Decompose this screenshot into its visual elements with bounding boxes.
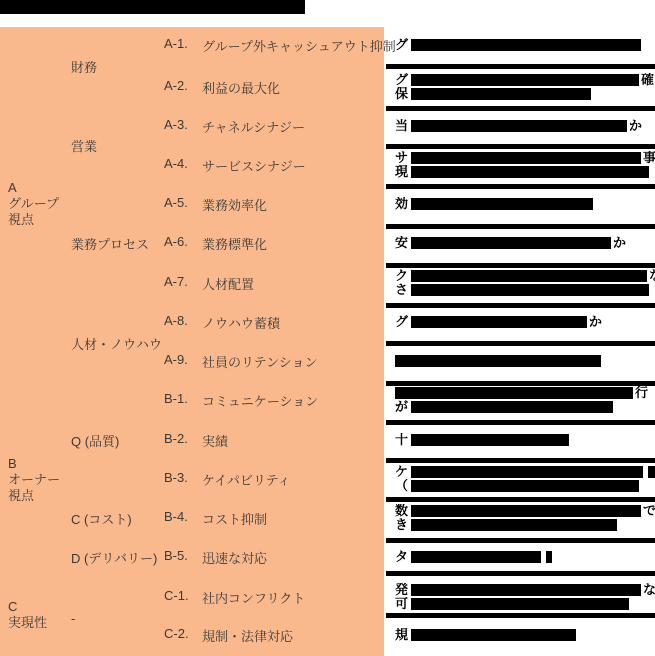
redaction-bar bbox=[411, 270, 647, 282]
description-line: 可 bbox=[395, 597, 655, 611]
group-label-line: オーナー bbox=[8, 472, 60, 488]
description-row: グ確保 bbox=[395, 73, 655, 101]
visible-text-fragment: グ bbox=[395, 315, 409, 329]
visible-text-fragment: 当 bbox=[395, 119, 409, 133]
category-label: Q (品質) bbox=[71, 431, 119, 450]
redaction-bar bbox=[411, 284, 649, 296]
description-line: さ bbox=[395, 283, 655, 297]
description-line: 発な bbox=[395, 583, 655, 597]
visible-text-fragment: か bbox=[629, 119, 643, 133]
item-number: A-9. bbox=[164, 352, 188, 367]
redaction-bar bbox=[411, 629, 576, 641]
row-separator bbox=[386, 420, 655, 425]
description-line: 数で bbox=[395, 504, 655, 518]
category-label: 業務プロセス bbox=[71, 234, 149, 253]
row-separator bbox=[386, 184, 655, 189]
description-row: 数でき bbox=[395, 504, 655, 532]
description-row: サ事現 bbox=[395, 151, 655, 179]
visible-text-fragment: 発 bbox=[395, 583, 409, 597]
redaction-bar bbox=[411, 166, 649, 178]
redaction-bar bbox=[395, 355, 601, 367]
description-line: 安か bbox=[395, 236, 627, 250]
redaction-bar bbox=[411, 237, 611, 249]
description-line bbox=[395, 354, 601, 368]
item-number: A-8. bbox=[164, 313, 188, 328]
description-row: 規 bbox=[395, 628, 576, 642]
visible-text-fragment: （ bbox=[395, 479, 409, 493]
visible-text-fragment: 効 bbox=[395, 197, 409, 211]
item-label: 利益の最大化 bbox=[202, 78, 280, 97]
item-label: 人材配置 bbox=[202, 274, 254, 293]
item-number: C-2. bbox=[164, 626, 189, 641]
group-label-line: B bbox=[8, 456, 60, 472]
item-label: ノウハウ蓄積 bbox=[202, 313, 280, 332]
description-line: が bbox=[395, 400, 649, 414]
item-number: A-5. bbox=[164, 195, 188, 210]
visible-text-fragment: か bbox=[613, 236, 627, 250]
visible-text-fragment: な bbox=[649, 269, 655, 283]
redaction-bar bbox=[411, 120, 627, 132]
redaction-bar bbox=[411, 198, 593, 210]
item-label: 迅速な対応 bbox=[202, 548, 267, 567]
description-line: グ確 bbox=[395, 73, 655, 87]
row-separator bbox=[386, 341, 655, 346]
item-label: コスト抑制 bbox=[202, 509, 267, 528]
visible-text-fragment: 確 bbox=[641, 73, 655, 87]
row-separator bbox=[386, 497, 655, 502]
redaction-bar bbox=[411, 505, 641, 517]
description-line: 規 bbox=[395, 628, 576, 642]
description-line: 行 bbox=[395, 386, 649, 400]
description-line: 保 bbox=[395, 87, 655, 101]
visible-text-fragment: 規 bbox=[395, 628, 409, 642]
redaction-bar bbox=[411, 434, 569, 446]
redaction-bar bbox=[411, 316, 587, 328]
redaction-bar-fragment bbox=[546, 551, 552, 563]
visible-text-fragment: 数 bbox=[395, 504, 409, 518]
description-line: グ bbox=[395, 38, 641, 52]
description-row: クなさ bbox=[395, 269, 655, 297]
group-label-line: A bbox=[8, 180, 59, 196]
category-label: 営業 bbox=[71, 136, 97, 155]
description-line: （ bbox=[395, 479, 655, 493]
item-number: B-2. bbox=[164, 431, 188, 446]
category-label: D (デリバリー) bbox=[71, 548, 157, 567]
item-label: 規制・法律対応 bbox=[202, 626, 293, 645]
description-row: 当か bbox=[395, 119, 643, 133]
description-line: サ事 bbox=[395, 151, 655, 165]
redaction-bar bbox=[411, 152, 641, 164]
item-number: A-2. bbox=[164, 78, 188, 93]
title-redaction-bar bbox=[0, 0, 305, 14]
visible-text-fragment: サ bbox=[395, 151, 409, 165]
criteria-panel bbox=[0, 27, 384, 656]
item-number: B-3. bbox=[164, 470, 188, 485]
row-separator bbox=[386, 458, 655, 463]
visible-text-fragment: グ bbox=[395, 73, 409, 87]
visible-text-fragment: 保 bbox=[395, 87, 409, 101]
visible-text-fragment: グ bbox=[395, 38, 409, 52]
visible-text-fragment: き bbox=[395, 518, 409, 532]
item-number: B-1. bbox=[164, 391, 188, 406]
description-line: グか bbox=[395, 315, 603, 329]
description-row: 行が bbox=[395, 386, 649, 414]
item-number: B-5. bbox=[164, 548, 188, 563]
item-number: A-1. bbox=[164, 36, 188, 51]
item-label: ケイパビリティ bbox=[202, 470, 291, 489]
visible-text-fragment: さ bbox=[395, 283, 409, 297]
row-separator bbox=[386, 144, 655, 149]
row-separator bbox=[386, 538, 655, 543]
visible-text-fragment: 安 bbox=[395, 236, 409, 250]
visible-text-fragment: で bbox=[643, 504, 655, 518]
category-label: 財務 bbox=[71, 57, 97, 76]
description-line: クな bbox=[395, 269, 655, 283]
description-line: き bbox=[395, 518, 655, 532]
category-label: 人材・ノウハウ bbox=[71, 334, 162, 353]
item-label: 業務効率化 bbox=[202, 195, 267, 214]
redaction-bar bbox=[411, 519, 617, 531]
redaction-bar bbox=[411, 88, 591, 100]
slide-canvas: Aグループ視点Bオーナー視点C実現性財務営業業務プロセス人材・ノウハウQ (品質… bbox=[0, 0, 655, 656]
visible-text-fragment: が bbox=[395, 400, 409, 414]
item-number: B-4. bbox=[164, 509, 188, 524]
group-label-line: グループ bbox=[8, 196, 59, 212]
item-number: A-3. bbox=[164, 117, 188, 132]
description-line: 現 bbox=[395, 165, 655, 179]
row-separator bbox=[386, 381, 655, 386]
description-row: タ bbox=[395, 550, 552, 564]
category-label: - bbox=[71, 611, 75, 626]
item-label: 社員のリテンション bbox=[202, 352, 318, 371]
visible-text-fragment: ケ bbox=[395, 465, 409, 479]
redaction-bar bbox=[411, 74, 639, 86]
redaction-bar bbox=[411, 584, 641, 596]
description-row: グ bbox=[395, 38, 641, 52]
item-number: C-1. bbox=[164, 588, 189, 603]
redaction-bar bbox=[411, 466, 643, 478]
description-row: 安か bbox=[395, 236, 627, 250]
description-row: ケ（ bbox=[395, 465, 655, 493]
group-label: Aグループ視点 bbox=[8, 180, 59, 228]
description-line: タ bbox=[395, 550, 552, 564]
item-label: 社内コンフリクト bbox=[202, 588, 305, 607]
row-separator bbox=[386, 224, 655, 229]
description-row: 十 bbox=[395, 433, 569, 447]
row-separator bbox=[386, 64, 655, 69]
visible-text-fragment: ク bbox=[395, 269, 409, 283]
redaction-bar bbox=[395, 387, 633, 399]
row-separator bbox=[386, 613, 655, 618]
description-line: 十 bbox=[395, 433, 569, 447]
redaction-bar bbox=[411, 551, 541, 563]
row-separator bbox=[386, 106, 655, 111]
description-line: 効 bbox=[395, 197, 593, 211]
description-row: 効 bbox=[395, 197, 593, 211]
group-label-line: 実現性 bbox=[8, 615, 47, 631]
item-label: 実績 bbox=[202, 431, 228, 450]
group-label-line: 視点 bbox=[8, 212, 59, 228]
visible-text-fragment: な bbox=[643, 583, 655, 597]
redaction-bar-fragment bbox=[648, 466, 655, 478]
visible-text-fragment: 可 bbox=[395, 597, 409, 611]
description-line: 当か bbox=[395, 119, 643, 133]
redaction-bar bbox=[411, 598, 629, 610]
description-row bbox=[395, 354, 601, 368]
row-separator bbox=[386, 263, 655, 268]
group-label: C実現性 bbox=[8, 599, 47, 631]
item-number: A-4. bbox=[164, 156, 188, 171]
group-label-line: C bbox=[8, 599, 47, 615]
item-number: A-6. bbox=[164, 234, 188, 249]
group-label: Bオーナー視点 bbox=[8, 456, 60, 504]
description-line: ケ bbox=[395, 465, 655, 479]
item-label: グループ外キャッシュアウト抑制 bbox=[202, 36, 396, 55]
description-row: 発な可 bbox=[395, 583, 655, 611]
group-label-line: 視点 bbox=[8, 488, 60, 504]
description-row: グか bbox=[395, 315, 603, 329]
visible-text-fragment: 十 bbox=[395, 433, 409, 447]
category-label: C (コスト) bbox=[71, 509, 132, 528]
row-separator bbox=[386, 571, 655, 576]
item-label: サービスシナジー bbox=[202, 156, 306, 175]
visible-text-fragment: 事 bbox=[643, 151, 655, 165]
visible-text-fragment: か bbox=[589, 315, 603, 329]
visible-text-fragment: 行 bbox=[635, 386, 649, 400]
redaction-bar bbox=[411, 480, 639, 492]
visible-text-fragment: タ bbox=[395, 550, 409, 564]
item-label: コミュニケーション bbox=[202, 391, 318, 410]
redaction-bar bbox=[411, 401, 613, 413]
row-separator bbox=[386, 303, 655, 308]
redaction-bar bbox=[411, 39, 641, 51]
item-label: チャネルシナジー bbox=[202, 117, 305, 136]
item-number: A-7. bbox=[164, 274, 188, 289]
visible-text-fragment: 現 bbox=[395, 165, 409, 179]
item-label: 業務標準化 bbox=[202, 234, 267, 253]
